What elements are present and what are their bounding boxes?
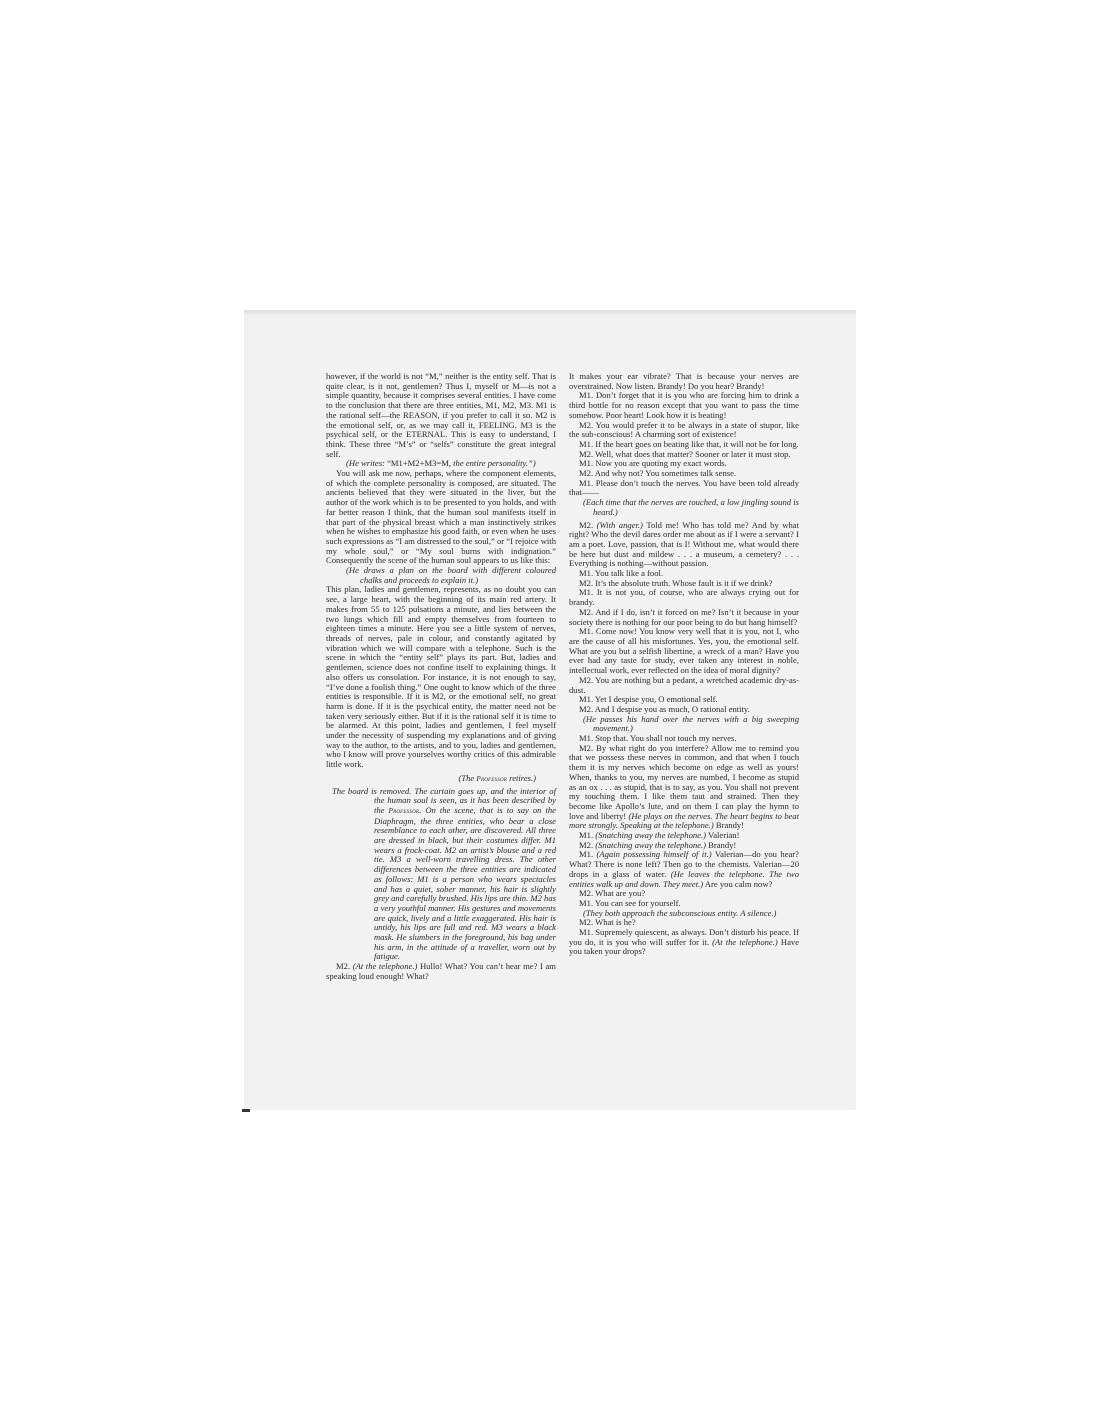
dialogue-line: It makes your ear vibrate? That is becau…: [569, 372, 799, 391]
dialogue-line: M2. You are nothing but a pedant, a wret…: [569, 676, 799, 695]
speaker: M2.: [579, 840, 595, 850]
dialogue-line: M2. (With anger.) Told me! Who has told …: [569, 521, 799, 570]
stage-direction-text: (Again possessing himself of it.): [597, 849, 712, 859]
dialogue-text: Brandy!: [706, 840, 736, 850]
formula-text: “M1+M2+M3=M,: [387, 458, 453, 468]
stage-direction: (He passes his hand over the nerves with…: [569, 715, 799, 734]
character-name: Professor: [389, 807, 420, 815]
dialogue-line: M1. Don’t forget that it is you who are …: [569, 391, 799, 420]
speaker: M2.: [579, 520, 597, 530]
stage-direction-text: (Snatching away the telephone.): [595, 840, 706, 850]
right-column: It makes your ear vibrate? That is becau…: [569, 372, 799, 957]
stage-direction-text: the entire personality.”): [453, 458, 536, 468]
stage-direction-text: (He writes:: [346, 458, 387, 468]
dialogue-line: M1. Please don’t touch the nerves. You h…: [569, 479, 799, 498]
stage-direction-text: (At the telephone.): [712, 937, 778, 947]
document-page: however, if the world is not “M,” neithe…: [244, 310, 856, 1110]
dialogue-text: Valerian!: [706, 830, 740, 840]
left-column: however, if the world is not “M,” neithe…: [326, 372, 556, 982]
speaker: M1.: [579, 849, 597, 859]
stage-direction-text: (At the telephone.): [353, 961, 418, 971]
speaker: M1.: [579, 830, 595, 840]
speaker: M2.: [336, 961, 353, 971]
dialogue-line: M1. Come now! You know very well that it…: [569, 627, 799, 676]
dialogue-text: M2. By what right do you interfere? Allo…: [569, 743, 799, 821]
stage-direction-text: . On the scene, that is to say on the Di…: [374, 805, 556, 962]
stage-direction-text: retires.): [507, 773, 536, 783]
dialogue-line: M2. You would prefer it to be always in …: [569, 421, 799, 440]
paragraph: however, if the world is not “M,” neithe…: [326, 372, 556, 459]
dialogue-line: M1. (Again possessing himself of it.) Va…: [569, 850, 799, 889]
paragraph: This plan, ladies and gentlemen, represe…: [326, 585, 556, 769]
paragraph: You will ask me now, perhaps, where the …: [326, 469, 556, 566]
dialogue-line: M1. It is not you, of course, who are al…: [569, 588, 799, 607]
stage-direction-text: (The: [458, 773, 476, 783]
stage-direction: (He draws a plan on the board with diffe…: [326, 566, 556, 585]
dialogue-text: Are you calm now?: [703, 879, 772, 889]
dialogue-text: Brandy!: [714, 820, 744, 830]
stage-direction: (The Professor retires.): [326, 774, 556, 785]
dialogue-line: M2. By what right do you interfere? Allo…: [569, 744, 799, 831]
dialogue-line: M2. And if I do, isn’t it forced on me? …: [569, 608, 799, 627]
dialogue-line: M2. (At the telephone.) Hullo! What? You…: [326, 962, 556, 981]
dialogue-line: M1. Supremely quiescent, as always. Don’…: [569, 928, 799, 957]
stage-direction-text: (Snatching away the telephone.): [595, 830, 706, 840]
stage-direction-text: (With anger.): [597, 520, 643, 530]
character-name: Professor: [476, 775, 507, 783]
stage-direction: (Each time that the nerves are touched, …: [569, 498, 799, 517]
scene-description: The board is removed. The curtain goes u…: [332, 787, 556, 963]
